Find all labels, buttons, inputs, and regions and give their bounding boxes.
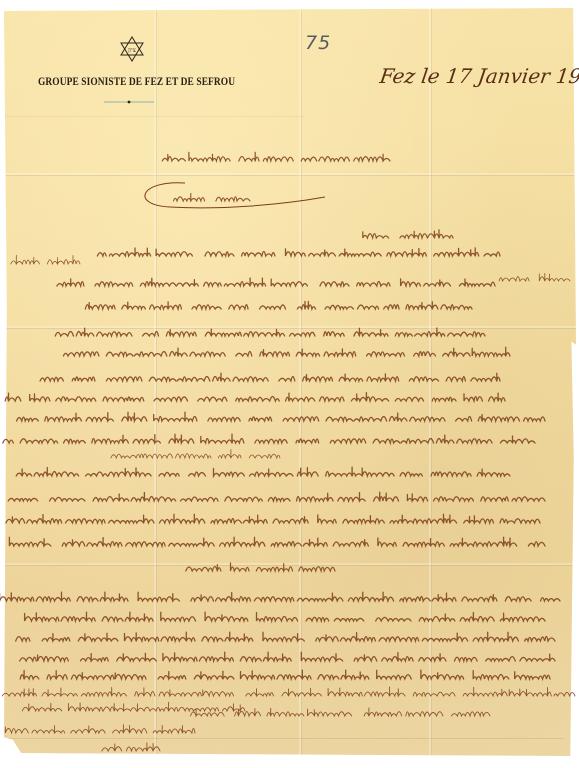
handwritten-line xyxy=(190,705,490,723)
letterhead-ornament xyxy=(104,100,154,104)
archive-number: 75 xyxy=(305,32,331,54)
handwritten-line xyxy=(20,650,555,668)
letterhead-organization: GROUPE SIONISTE DE FEZ ET DE SEFROU xyxy=(38,76,235,88)
handwritten-line xyxy=(20,630,555,648)
emblem-text: ציון xyxy=(128,47,136,54)
handwritten-line xyxy=(5,490,545,508)
handwritten-line xyxy=(110,447,280,465)
handwritten-line xyxy=(40,370,500,388)
handwritten-line xyxy=(5,512,540,530)
handwritten-line xyxy=(5,410,545,428)
handwritten-line xyxy=(5,722,195,740)
handwritten-line xyxy=(72,298,472,316)
signature-flourish xyxy=(130,175,330,215)
handwritten-line xyxy=(358,227,453,245)
letter-date: Fez le 17 Janvier 1921 xyxy=(378,64,579,88)
handwritten-line xyxy=(15,465,510,483)
handwritten-line xyxy=(500,270,570,288)
handwritten-line xyxy=(5,390,505,408)
handwritten-line xyxy=(0,590,560,608)
handwritten-line xyxy=(100,740,160,758)
handwritten-line xyxy=(25,610,545,628)
handwritten-line xyxy=(20,668,550,686)
paper-crease xyxy=(4,116,304,117)
star-of-david-icon: ציון xyxy=(120,36,144,62)
handwritten-line xyxy=(55,325,485,343)
handwritten-line xyxy=(100,245,500,263)
handwritten-line xyxy=(185,560,335,578)
handwritten-line xyxy=(55,275,495,293)
handwritten-line xyxy=(50,345,510,363)
handwritten-line xyxy=(5,535,545,553)
handwritten-line xyxy=(10,253,80,271)
handwritten-line xyxy=(160,150,390,168)
